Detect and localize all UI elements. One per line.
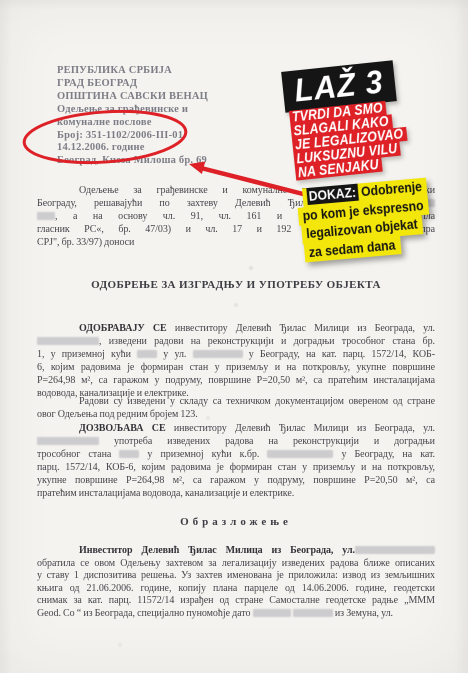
redacted-text <box>37 337 99 345</box>
text-segment: у ставу 1 диспозитива решења. Уз захтев … <box>37 570 435 581</box>
text-segment: инвеститору Делевић Ђилас Милици из Беог… <box>166 423 435 434</box>
redacted-text <box>253 609 291 617</box>
text-segment: снимак за кат. парц. 11572/14 израђен од… <box>37 595 435 606</box>
text-segment: овог Одељења под редним бројем 123. <box>37 409 198 420</box>
text-segment: P=264,98 м², са гаражом у подруму, површ… <box>37 375 435 386</box>
document-line: ДОЗВОЉАВА СЕ инвеститору Делевић Ђилас М… <box>37 422 435 435</box>
document-line: књига од 21.06.2006. године, копију план… <box>37 583 435 596</box>
text-segment: у ул. <box>157 349 192 360</box>
claim-strips: TVRDI DA SMO SLAGALI KAKO JE LEGALIZOVAO… <box>289 96 435 180</box>
text-segment: у Београду, на кат. парц. 1572/14, КОБ- <box>243 349 435 360</box>
redacted-text <box>137 350 157 358</box>
letterhead-line: ОПШТИНА САВСКИ ВЕНАЦ <box>57 91 208 104</box>
proof-note: DOKAZ:Odobrenje po kom je ekspresno lega… <box>296 176 452 263</box>
text-segment: у приземној кући к.бр. <box>139 449 267 460</box>
document-line: обратила се овом Одељењу захтевом за лег… <box>37 558 435 571</box>
text-segment: 1, у приземној кући <box>37 349 137 360</box>
letterhead-line: РЕПУБЛИКА СРБИЈА <box>57 65 208 78</box>
document-line: P=264,98 м², са гаражом у подруму, површ… <box>37 374 435 387</box>
redacted-text <box>37 437 99 445</box>
text-segment: Geod. Co “ из Београда, специјално пуном… <box>37 608 253 619</box>
proof-note-text: Odobrenje <box>360 178 422 199</box>
rationale-heading: Образложење <box>37 516 435 528</box>
document-paragraph: Радови су изведени у складу са техничком… <box>37 395 435 421</box>
document-line: употреба изведених радова на реконструкц… <box>37 435 435 448</box>
text-segment: ДОЗВОЉАВА СЕ <box>79 423 166 434</box>
text-segment: трособног стана <box>37 449 119 460</box>
redacted-text <box>37 212 55 220</box>
redacted-text <box>119 450 139 458</box>
document-line: трособног стана у приземној кући к.бр. у… <box>37 448 435 461</box>
text-segment: обратила се овом Одељењу захтевом за лег… <box>37 558 435 569</box>
text-segment: употреба изведених радова на реконструкц… <box>99 436 435 447</box>
text-segment: СРЈ", бр. 33/97) доноси <box>37 237 134 248</box>
text-segment: из Земуна, ул. <box>333 608 393 619</box>
text-segment: Радови су изведени у складу са техничком… <box>79 396 435 407</box>
redacted-text <box>355 546 435 554</box>
document-paragraph: ОДОБРАВАЈУ СЕ инвеститору Делевић Ђилас … <box>37 322 435 400</box>
document-line: Инвеститор Делевић Ђилас Милица из Беогр… <box>37 545 435 558</box>
document-paragraph: ДОЗВОЉАВА СЕ инвеститору Делевић Ђилас М… <box>37 422 435 500</box>
scanned-document-page: { "colors":{ "paper":"#f4f3ef", "ink":"#… <box>0 0 468 673</box>
text-segment: пратећим инсталацијама водовода, канализ… <box>37 488 294 499</box>
text-segment: ОДОБРАВАЈУ СЕ <box>79 323 167 334</box>
document-line: овог Одељења под редним бројем 123. <box>37 408 435 421</box>
document-title: ОДОБРЕЊЕ ЗА ИЗГРАДЊУ И УПОТРЕБУ ОБЈЕКТА <box>37 279 435 291</box>
text-segment: Инвеститор Делевић Ђилас Милица из Беогр… <box>79 545 355 556</box>
document-line: 6, којим радовима је формиран стан у при… <box>37 361 435 374</box>
letterhead-line: 14.12.2006. године <box>57 142 208 155</box>
text-segment: , изведени радови на реконструкцији и до… <box>99 336 435 347</box>
text-segment: 6, којим радовима је формиран стан у при… <box>37 362 435 373</box>
letterhead-line: комуналне послове <box>57 117 208 130</box>
document-line: Geod. Co “ из Београда, специјално пуном… <box>37 608 435 621</box>
redacted-text <box>267 450 333 458</box>
letterhead-line: Број: 351-1102/2006-III-01 <box>57 130 208 143</box>
document-line: ОДОБРАВАЈУ СЕ инвеститору Делевић Ђилас … <box>37 322 435 335</box>
document-line: парц. 1572/14, КОБ-6, којим радовима је … <box>37 461 435 474</box>
text-segment: књига од 21.06.2006. године, копију план… <box>37 583 435 594</box>
text-segment: инвеститору Делевић Ђилас Милици из Беог… <box>167 323 435 334</box>
text-segment: парц. 1572/14, КОБ-6, којим радовима је … <box>37 462 435 473</box>
document-line: укупне површине P=264,98 м², са гаражом … <box>37 474 435 487</box>
letterhead-line: Београд, Кнеза Милоша бр. 69 <box>57 155 208 168</box>
document-line: у ставу 1 диспозитива решења. Уз захтев … <box>37 570 435 583</box>
document-line: снимак за кат. парц. 11572/14 израђен од… <box>37 595 435 608</box>
letterhead-line: ГРАД БЕОГРАД <box>57 78 208 91</box>
redacted-text <box>193 350 243 358</box>
letterhead-line: Одељење за грађевинске и <box>57 104 208 117</box>
document-line: 1, у приземној кући у ул. у Београду, на… <box>37 348 435 361</box>
document-line: пратећим инсталацијама водовода, канализ… <box>37 487 435 500</box>
document-line: , изведени радови на реконструкцији и до… <box>37 335 435 348</box>
redacted-text <box>293 609 333 617</box>
text-segment: укупне површине P=264,98 м², са гаражом … <box>37 475 435 486</box>
letterhead: РЕПУБЛИКА СРБИЈА ГРАД БЕОГРАД ОПШТИНА СА… <box>57 65 208 168</box>
document-paragraph: Инвеститор Делевић Ђилас Милица из Беогр… <box>37 545 435 621</box>
document-line: Радови су изведени у складу са техничком… <box>37 395 435 408</box>
text-segment: у Београду, на кат. <box>333 449 435 460</box>
